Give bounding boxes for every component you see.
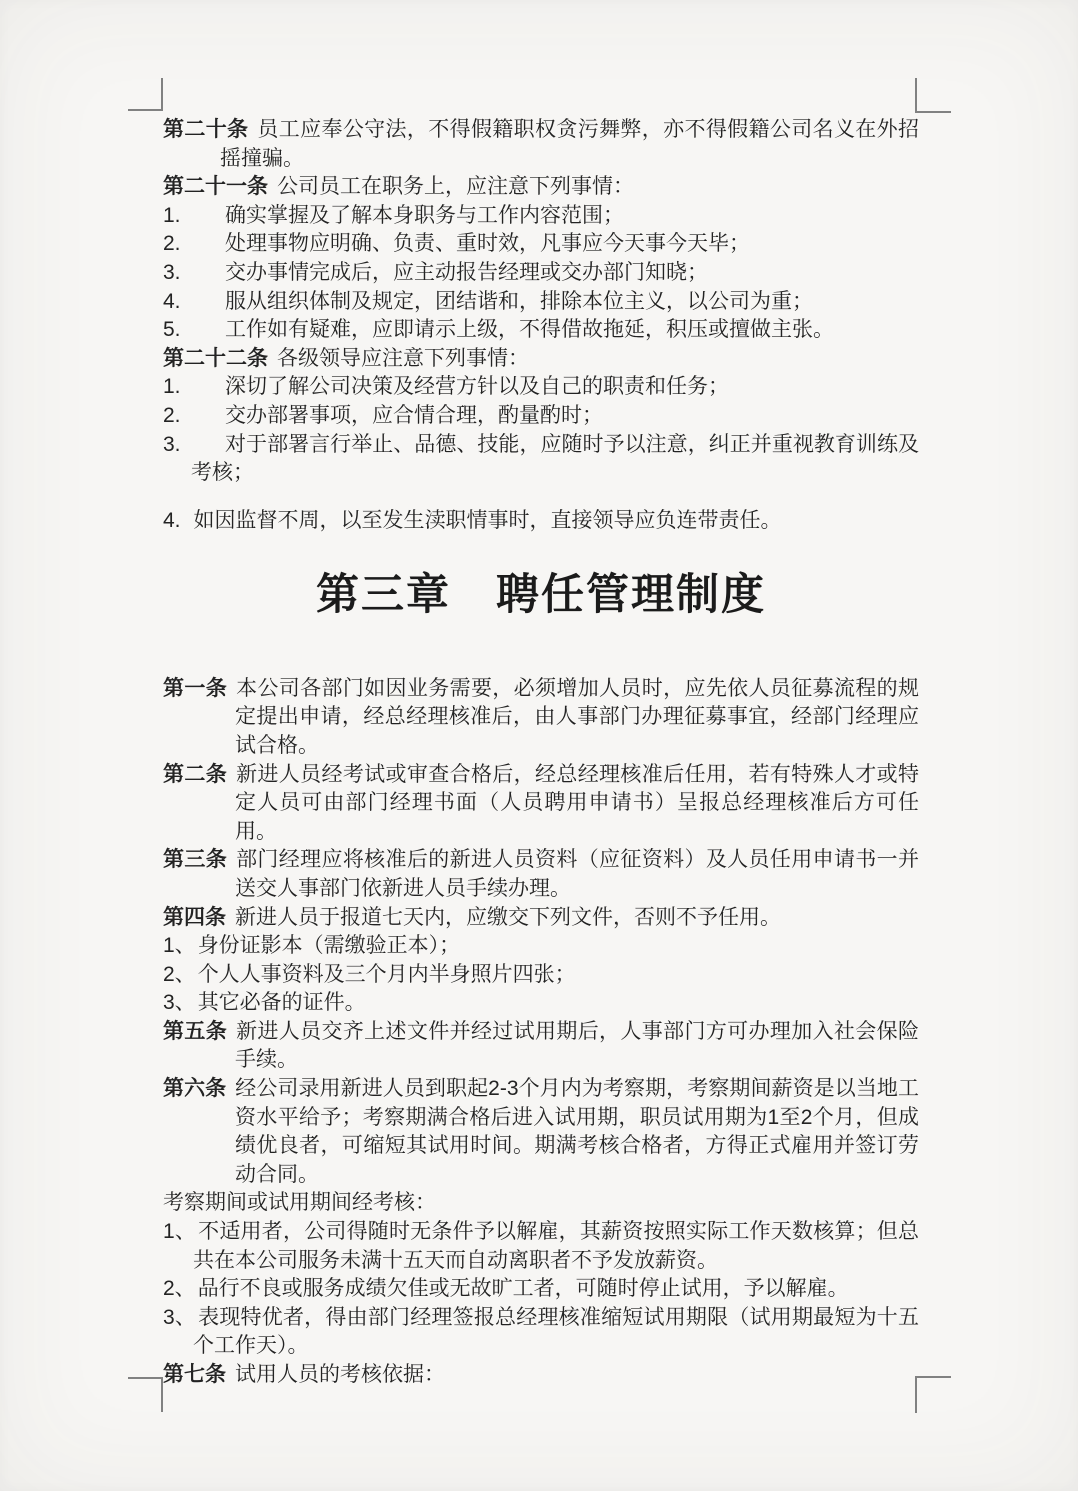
article-label: 第二十条 (163, 118, 248, 141)
paragraph: 第七条试用人员的考核依据： (163, 1361, 919, 1390)
list-item: 2、个人人事资料及三个月内半身照片四张； (163, 961, 919, 990)
article-label: 第六条 (163, 1077, 226, 1100)
list-text: 不适用者，公司得随时无条件予以解雇，其薪资按照实际工作天数核算；但总共在本公司服… (193, 1220, 919, 1272)
list-text: 深切了解公司决策及经营方针以及自己的职责和任务； (225, 375, 729, 398)
list-item: 2、品行不良或服务成绩欠佳或无故旷工者，可随时停止试用，予以解雇。 (163, 1275, 919, 1304)
document-content: 第二十条员工应奉公守法，不得假籍职权贪污舞弊，亦不得假籍公司名义在外招摇撞骗。 … (163, 116, 919, 1390)
article-text: 公司员工在职务上，应注意下列事情： (277, 175, 634, 198)
paragraph: 考察期间或试用期间经考核： (163, 1189, 919, 1218)
list-item: 1.确实掌握及了解本身职务与工作内容范围； (163, 202, 919, 231)
list-marker: 3、 (163, 1306, 196, 1329)
list-item: 3.对于部署言行举止、品德、技能，应随时予以注意，纠正并重视教育训练及考核； (163, 431, 919, 488)
list-item: 3、其它必备的证件。 (163, 989, 919, 1018)
article-text: 本公司各部门如因业务需要，必须增加人员时，应先依人员征募流程的规定提出申请，经总… (235, 677, 919, 757)
article-label: 第二十一条 (163, 175, 268, 198)
list-marker: 1、 (163, 934, 196, 957)
list-marker: 2、 (163, 1277, 196, 1300)
article-label: 第一条 (163, 677, 227, 700)
paragraph: 第一条本公司各部门如因业务需要，必须增加人员时，应先依人员征募流程的规定提出申请… (163, 675, 919, 761)
list-text: 服从组织体制及规定，团结谐和，排除本位主义，以公司为重； (225, 290, 813, 313)
list-item: 5.工作如有疑难，应即请示上级，不得借故拖延，积压或擅做主张。 (163, 316, 919, 345)
article-label: 第四条 (163, 906, 226, 929)
list-text: 交办事情完成后，应主动报告经理或交办部门知晓； (225, 261, 708, 284)
paragraph: 第六条经公司录用新进人员到职起2-3个月内为考察期，考察期间薪资是以当地工资水平… (163, 1075, 919, 1189)
list-marker: 2、 (163, 963, 196, 986)
article-label: 第七条 (163, 1363, 226, 1386)
list-text: 其它必备的证件。 (198, 991, 366, 1014)
list-marker: 1. (163, 202, 225, 231)
list-item: 1.深切了解公司决策及经营方针以及自己的职责和任务； (163, 373, 919, 402)
article-label: 第五条 (163, 1020, 227, 1043)
paragraph: 第五条新进人员交齐上述文件并经过试用期后，人事部门方可办理加入社会保险手续。 (163, 1018, 919, 1075)
list-text: 品行不良或服务成绩欠佳或无故旷工者，可随时停止试用，予以解雇。 (198, 1277, 849, 1300)
list-text: 工作如有疑难，应即请示上级，不得借故拖延，积压或擅做主张。 (225, 318, 834, 341)
crop-mark-bottom-right (915, 1376, 951, 1413)
list-item: 3、表现特优者，得由部门经理签报总经理核准缩短试用期限（试用期最短为十五个工作天… (163, 1304, 919, 1361)
list-item: 1、身份证影本（需缴验正本）； (163, 932, 919, 961)
chapter-heading: 第三章 聘任管理制度 (163, 571, 919, 620)
list-text: 交办部署事项，应合情合理，酌量酌时； (225, 404, 603, 427)
article-text: 试用人员的考核依据： (235, 1363, 445, 1386)
article-label: 第二条 (163, 763, 227, 786)
article-text: 各级领导应注意下列事情： (277, 347, 529, 370)
list-marker: 1、 (163, 1220, 196, 1243)
article-text: 员工应奉公守法，不得假籍职权贪污舞弊，亦不得假籍公司名义在外招摇撞骗。 (220, 118, 919, 170)
crop-mark-bottom-left (128, 1377, 163, 1412)
list-marker: 2. (163, 402, 225, 431)
list-text: 处理事物应明确、负责、重时效，凡事应今天事今天毕； (225, 232, 750, 255)
list-marker: 4. (163, 509, 181, 532)
article-text: 新进人员于报道七天内，应缴交下列文件，否则不予任用。 (235, 906, 781, 929)
paragraph: 第三条部门经理应将核准后的新进人员资料（应征资料）及人员任用申请书一并送交人事部… (163, 846, 919, 903)
list-item: 4.如因监督不周，以至发生渎职情事时，直接领导应负连带责任。 (163, 507, 919, 536)
article-text: 部门经理应将核准后的新进人员资料（应征资料）及人员任用申请书一并送交人事部门依新… (235, 848, 919, 900)
list-text: 表现特优者，得由部门经理签报总经理核准缩短试用期限（试用期最短为十五个工作天）。 (193, 1306, 919, 1358)
list-marker: 5. (163, 316, 225, 345)
crop-mark-top-left (128, 78, 163, 111)
article-text: 新进人员经考试或审查合格后，经总经理核准后任用，若有特殊人才或特定人员可由部门经… (235, 763, 919, 843)
list-text: 身份证影本（需缴验正本）； (198, 934, 461, 957)
list-marker: 4. (163, 288, 225, 317)
list-marker: 1. (163, 373, 225, 402)
paragraph: 第二十二条各级领导应注意下列事情： (163, 345, 919, 374)
list-item: 2.处理事物应明确、负责、重时效，凡事应今天事今天毕； (163, 230, 919, 259)
list-item: 3.交办事情完成后，应主动报告经理或交办部门知晓； (163, 259, 919, 288)
paragraph: 第二十条员工应奉公守法，不得假籍职权贪污舞弊，亦不得假籍公司名义在外招摇撞骗。 (163, 116, 919, 173)
article-label: 第三条 (163, 848, 227, 871)
article-text: 新进人员交齐上述文件并经过试用期后，人事部门方可办理加入社会保险手续。 (235, 1020, 919, 1072)
list-item: 2.交办部署事项，应合情合理，酌量酌时； (163, 402, 919, 431)
list-marker: 2. (163, 230, 225, 259)
list-marker: 3、 (163, 991, 196, 1014)
paragraph: 第二条新进人员经考试或审查合格后，经总经理核准后任用，若有特殊人才或特定人员可由… (163, 761, 919, 847)
list-text: 对于部署言行举止、品德、技能，应随时予以注意，纠正并重视教育训练及考核； (191, 433, 919, 485)
article-label: 第二十二条 (163, 347, 268, 370)
list-item: 4.服从组织体制及规定，团结谐和，排除本位主义，以公司为重； (163, 288, 919, 317)
crop-mark-top-right (915, 78, 951, 113)
document-page: 第二十条员工应奉公守法，不得假籍职权贪污舞弊，亦不得假籍公司名义在外招摇撞骗。 … (0, 0, 1078, 1491)
paragraph: 第二十一条公司员工在职务上，应注意下列事情： (163, 173, 919, 202)
list-item: 1、不适用者，公司得随时无条件予以解雇，其薪资按照实际工作天数核算；但总共在本公… (163, 1218, 919, 1275)
list-marker: 3. (163, 431, 225, 460)
list-marker: 3. (163, 259, 225, 288)
paragraph: 第四条新进人员于报道七天内，应缴交下列文件，否则不予任用。 (163, 904, 919, 933)
article-text: 经公司录用新进人员到职起2-3个月内为考察期，考察期间薪资是以当地工资水平给予；… (235, 1077, 919, 1186)
list-text: 个人人事资料及三个月内半身照片四张； (198, 963, 576, 986)
list-text: 如因监督不周，以至发生渎职情事时，直接领导应负连带责任。 (194, 509, 782, 532)
list-text: 确实掌握及了解本身职务与工作内容范围； (225, 204, 624, 227)
